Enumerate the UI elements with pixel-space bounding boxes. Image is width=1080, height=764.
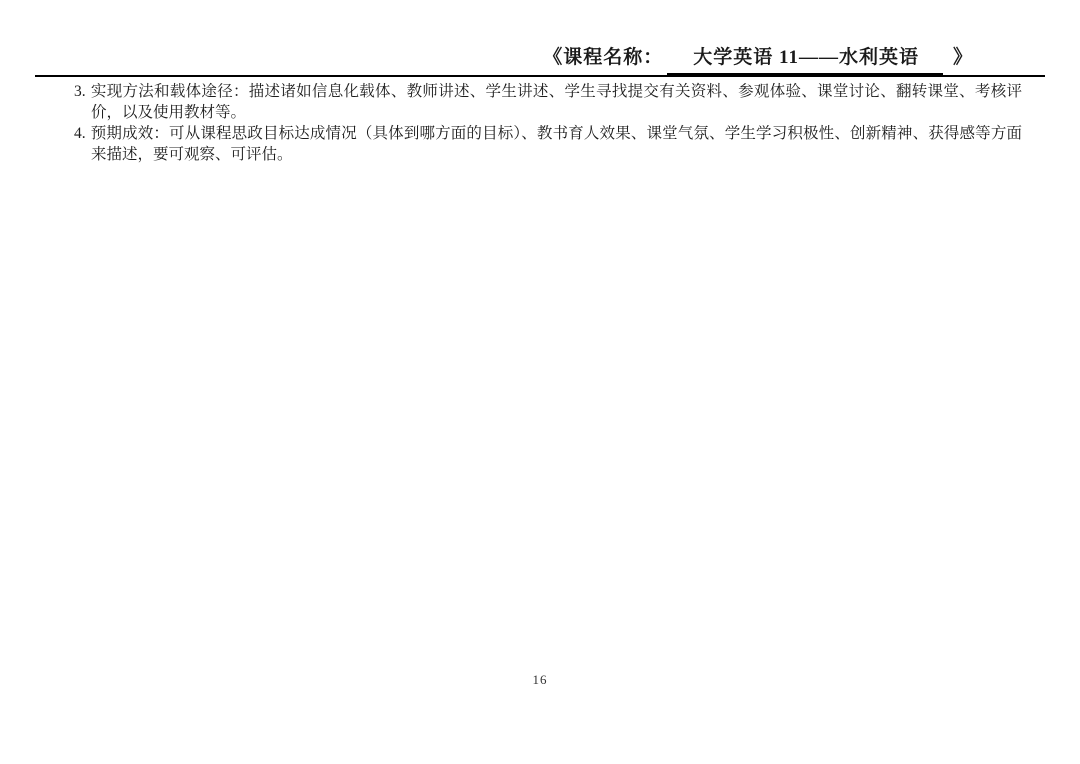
page-footer: 16 [0, 672, 1080, 688]
course-name-label: 《课程名称： [543, 44, 663, 75]
list-item: 3.实现方法和载体途径：描述诸如信息化载体、教师讲述、学生讲述、学生寻找提交有关… [74, 81, 1022, 123]
list-item-text: 预期成效：可从课程思政目标达成情况（具体到哪方面的目标）、教书育人效果、课堂气氛… [91, 125, 1022, 163]
page-header: 《课程名称： 大学英语 11——水利英语 》 [0, 44, 1080, 75]
list-item-text: 实现方法和载体途径：描述诸如信息化载体、教师讲述、学生讲述、学生寻找提交有关资料… [91, 83, 1022, 121]
course-name-closing-bracket: 》 [953, 44, 972, 75]
list-item-number: 4. [74, 125, 91, 142]
course-name-value: 大学英语 11——水利英语 [667, 44, 943, 75]
document-page: 《课程名称： 大学英语 11——水利英语 》 3.实现方法和载体途径：描述诸如信… [0, 0, 1080, 764]
instruction-list: 3.实现方法和载体途径：描述诸如信息化载体、教师讲述、学生讲述、学生寻找提交有关… [74, 81, 1022, 165]
header-divider [35, 75, 1045, 77]
list-item-number: 3. [74, 83, 91, 100]
page-number: 16 [533, 672, 548, 687]
list-item: 4.预期成效：可从课程思政目标达成情况（具体到哪方面的目标）、教书育人效果、课堂… [74, 123, 1022, 165]
